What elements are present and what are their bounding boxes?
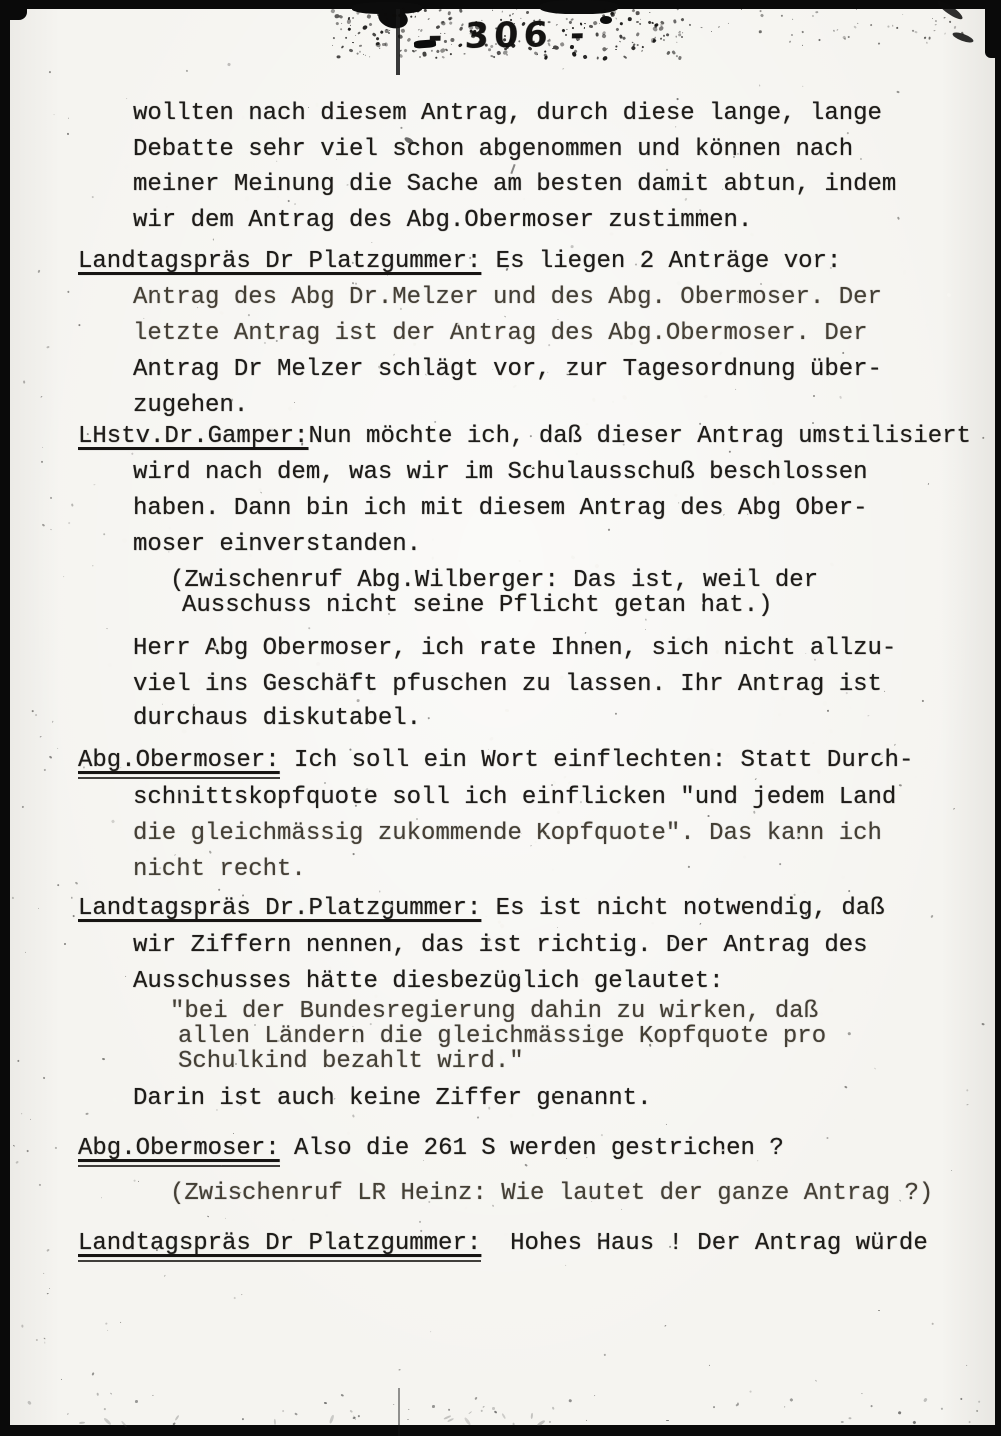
scan-noise-speck [532,1030,534,1033]
line-text: Hohes Haus ! Der Antrag würde [481,1230,927,1257]
line-text: wir dem Antrag des Abg.Obermoser zustimm… [133,207,752,234]
scan-noise-speck [888,25,890,27]
line-text: wollten nach diesem Antrag, durch diese … [133,100,882,127]
scan-noise-speck [315,103,319,107]
scan-noise-speck [557,319,559,320]
scan-noise-speck [127,451,130,453]
scan-noise-speck [483,1253,487,1256]
line-text: nicht recht. [133,856,306,883]
scan-noise-speck [928,36,931,39]
scan-noise-speck [506,53,507,55]
scan-noise-speck [276,340,278,342]
scan-noise-speck [749,1390,751,1392]
text-line: die gleichmässig zukommende Kopfquote". … [133,819,882,849]
scan-noise-speck [383,12,387,16]
scan-noise-speck [379,891,380,893]
scan-noise-speck [514,22,515,23]
scan-noise-speck [733,155,736,157]
scan-noise-speck [32,710,34,712]
line-text: Nun möchte ich, daß dieser Antrag umstil… [308,423,971,450]
text-line: schnittskopfquote soll ich einflicken "u… [133,783,896,813]
scan-noise-speck [584,423,588,426]
scan-noise-speck [759,30,762,33]
line-text: Es ist nicht notwendig, daß [481,895,884,922]
speaker-name: Abg.Obermoser: [78,1135,280,1167]
line-text: Es liegen 2 Anträge vor: [481,248,841,275]
scan-noise-speck [505,709,510,712]
scan-noise-speck [753,811,755,814]
scan-noise-speck [897,90,900,93]
scan-noise-speck [487,48,490,51]
scan-noise-speck [609,232,614,236]
line-text: letzte Antrag ist der Antrag des Abg.Obe… [133,320,868,347]
line-text: Herr Abg Obermoser, ich rate Ihnen, sich… [133,635,896,662]
scan-noise-speck [359,45,362,47]
scan-noise-speck [481,20,482,21]
speaker-name: Landtagspräs Dr.Platzgummer: [78,895,481,922]
scan-noise-speck [67,132,69,134]
scan-noise-speck [848,890,850,892]
scan-noise-speck [502,38,506,42]
text-line: wir dem Antrag des Abg.Obermoser zustimm… [133,206,752,236]
scan-noise-speck [829,729,832,734]
line-text: wird nach dem, was wir im Schulausschuß … [133,459,868,486]
line-text: moser einverstanden. [133,531,421,558]
line-text: Darin ist auch keine Ziffer genannt. [133,1085,651,1112]
scan-noise-speck [791,33,793,35]
scan-noise-speck [552,869,553,871]
scan-noise-speck [458,9,462,13]
line-text: Also die 261 S werden gestrichen ? [280,1135,784,1162]
scan-noise-speck [66,1413,68,1415]
scan-noise-speck [41,460,43,462]
scan-noise-speck [431,49,433,51]
text-line: Darin ist auch keine Ziffer genannt. [133,1084,651,1114]
scan-noise-speck [615,49,617,51]
text-line: Abg.Obermoser: Also die 261 S werden ges… [78,1134,784,1164]
text-line: Debatte sehr viel schon abgenommen und k… [133,135,853,165]
scan-noise-speck [498,652,500,654]
scan-noise-speck [586,1419,588,1421]
scan-noise-speck [779,170,782,173]
text-line: Ausschusses hätte diesbezüglich gelautet… [133,967,724,997]
scan-noise-speck [399,307,402,310]
text-line: durchaus diskutabel. [133,704,421,734]
speaker-name: Landtagspräs Dr Platzgummer: [78,248,481,275]
scan-noise-speck [355,804,357,806]
scan-noise-speck [784,1405,786,1407]
scan-noise-speck [546,832,548,835]
text-line: Schulkind bezahlt wird." [178,1047,524,1077]
scan-noise-speck [814,658,816,661]
line-text: Ausschuss nicht seine Pflicht getan hat.… [182,592,773,619]
line-text: (Zwischenruf LR Heinz: Wie lautet der ga… [170,1180,933,1207]
scan-noise-speck [520,17,522,18]
scan-noise-speck [976,1409,979,1412]
scan-noise-speck [197,678,201,683]
line-text: haben. Dann bin ich mit diesem Antrag de… [133,495,868,522]
scan-noise-speck [530,844,532,846]
scan-noise-speck [509,1114,513,1118]
text-line: Antrag Dr Melzer schlägt vor, zur Tageso… [133,355,882,385]
scan-noise-speck [518,973,521,976]
scan-noise-speck [274,1418,276,1424]
line-text: Schulkind bezahlt wird." [178,1048,524,1075]
speaker-name: Landtagspräs Dr Platzgummer: [78,1230,481,1262]
text-line: Herr Abg Obermoser, ich rate Ihnen, sich… [133,634,896,664]
scan-noise-speck [816,769,821,774]
scan-noise-speck [641,45,643,47]
text-line: (Zwischenruf LR Heinz: Wie lautet der ga… [170,1179,933,1209]
scan-noise-speck [110,1392,112,1394]
scan-noise-speck [349,48,354,52]
scan-noise-speck [105,1323,107,1325]
scan-noise-speck [892,25,893,27]
scan-noise-speck [569,45,573,49]
text-line: Antrag des Abg Dr.Melzer und des Abg. Ob… [133,283,882,313]
text-line: letzte Antrag ist der Antrag des Abg.Obe… [133,319,868,349]
scan-noise-speck [470,30,473,33]
scan-noise-speck [419,1220,421,1222]
scan-noise-speck [848,36,850,38]
scan-noise-speck [512,1423,514,1426]
line-text: viel ins Geschäft pfuschen zu lassen. Ih… [133,671,882,698]
scan-noise-speck [519,560,521,562]
scan-noise-speck [368,55,369,57]
scan-noise-speck [216,985,218,987]
scan-noise-speck [285,448,287,450]
scan-noise-speck [781,14,783,16]
text-line: viel ins Geschäft pfuschen zu lassen. Ih… [133,670,882,700]
document-body: wollten nach diesem Antrag, durch diese … [0,0,1001,1436]
scan-noise-speck [623,443,625,445]
scan-noise-speck [448,1408,450,1410]
scan-noise-speck [571,26,573,28]
line-text: durchaus diskutabel. [133,705,421,732]
scan-noise-speck [91,565,92,566]
scan-noise-speck [134,1399,137,1402]
scan-noise-speck [41,523,44,526]
scan-noise-speck [92,881,95,884]
scan-noise-speck [926,42,928,44]
scan-noise-speck [324,782,326,784]
scan-noise-speck [267,687,269,690]
scan-noise-speck [492,1406,495,1409]
text-line: zugehen. [133,391,248,421]
scan-noise-speck [485,44,488,47]
scan-noise-speck [548,21,551,24]
line-text: Ausschusses hätte diesbezüglich gelautet… [133,968,724,995]
scan-noise-speck [603,9,605,11]
scan-noise-speck [352,17,354,19]
scan-noise-speck [227,62,230,65]
text-line: wir Ziffern nennen, das ist richtig. Der… [133,931,868,961]
scan-noise-speck [748,569,749,571]
scan-noise-speck [758,85,759,87]
scan-noise-speck [721,1149,724,1151]
line-text: meiner Meinung die Sache am besten damit… [133,171,896,198]
scan-noise-speck [357,1415,359,1417]
scan-noise-speck [576,453,578,455]
text-line: moser einverstanden. [133,530,421,560]
scan-noise-speck [168,158,170,160]
text-line: wird nach dem, was wir im Schulausschuß … [133,458,868,488]
line-text: schnittskopfquote soll ich einflicken "u… [133,784,896,811]
scan-noise-speck [339,28,341,30]
scan-noise-speck [231,398,233,401]
line-text: Debatte sehr viel schon abgenommen und k… [133,136,853,163]
scan-noise-speck [382,43,386,46]
scan-noise-speck [242,894,244,897]
scan-noise-speck [780,696,784,701]
scan-noise-speck [675,126,676,127]
text-line: wollten nach diesem Antrag, durch diese … [133,99,882,129]
line-text: allen Ländern die gleichmässige Kopfquot… [178,1023,826,1050]
scan-noise-speck [635,263,637,265]
scan-noise-speck [424,8,427,11]
scan-noise-speck [848,1032,852,1035]
text-line: Ausschuss nicht seine Pflicht getan hat.… [182,591,773,621]
scan-noise-speck [636,11,640,15]
scan-noise-speck [485,915,487,917]
scan-noise-speck [44,1342,45,1344]
speaker-name: Abg.Obermoser: [78,747,280,779]
text-line: Landtagspräs Dr Platzgummer: Es liegen 2… [78,247,841,277]
text-line: haben. Dann bin ich mit diesem Antrag de… [133,494,868,524]
scan-noise-speck [350,748,352,750]
line-text: die gleichmässig zukommende Kopfquote". … [133,820,882,847]
line-text: "bei der Bundesregierung dahin zu wirken… [170,998,818,1025]
scan-noise-speck [93,484,95,486]
line-text: Antrag Dr Melzer schlägt vor, zur Tageso… [133,356,882,383]
scan-noise-speck [581,978,584,982]
line-text: zugehen. [133,392,248,419]
scan-noise-speck [636,21,639,23]
scan-noise-speck [22,806,24,808]
scan-noise-speck [688,24,691,26]
scan-noise-speck [551,1406,554,1409]
line-text: Antrag des Abg Dr.Melzer und des Abg. Ob… [133,284,882,311]
text-line: nicht recht. [133,855,306,885]
scan-noise-speck [350,25,351,26]
scan-noise-speck [387,275,388,276]
scan-noise-speck [276,160,277,161]
scan-noise-speck [602,14,605,18]
scan-noise-speck [551,1089,555,1093]
scan-noise-speck [324,1402,327,1404]
document-page: - 306 - wollten nach diesem Antrag, durc… [0,0,1001,1436]
text-line: Landtagspräs Dr.Platzgummer: Es ist nich… [78,894,885,924]
scan-noise-speck [565,372,569,375]
scan-noise-speck [813,395,815,397]
scan-noise-speck [156,1249,158,1251]
scan-noise-speck [914,30,917,33]
scan-noise-speck [844,1085,847,1088]
line-text: wir Ziffern nennen, das ist richtig. Der… [133,932,868,959]
scan-noise-speck [96,1393,99,1396]
scan-noise-speck [392,1403,394,1405]
scan-noise-speck [435,57,438,59]
line-text: (Zwischenruf Abg.Wilberger: Das ist, wei… [170,567,818,594]
text-line: LHstv.Dr.Gamper:Nun möchte ich, daß dies… [78,422,971,452]
scan-noise-speck [438,8,441,11]
scan-noise-speck [879,754,882,757]
scan-noise-speck [929,444,933,449]
text-line: Abg.Obermoser: Ich soll ein Wort einflec… [78,746,913,776]
scan-noise-speck [896,216,899,219]
scan-noise-speck [494,27,497,30]
scan-noise-speck [284,801,286,803]
